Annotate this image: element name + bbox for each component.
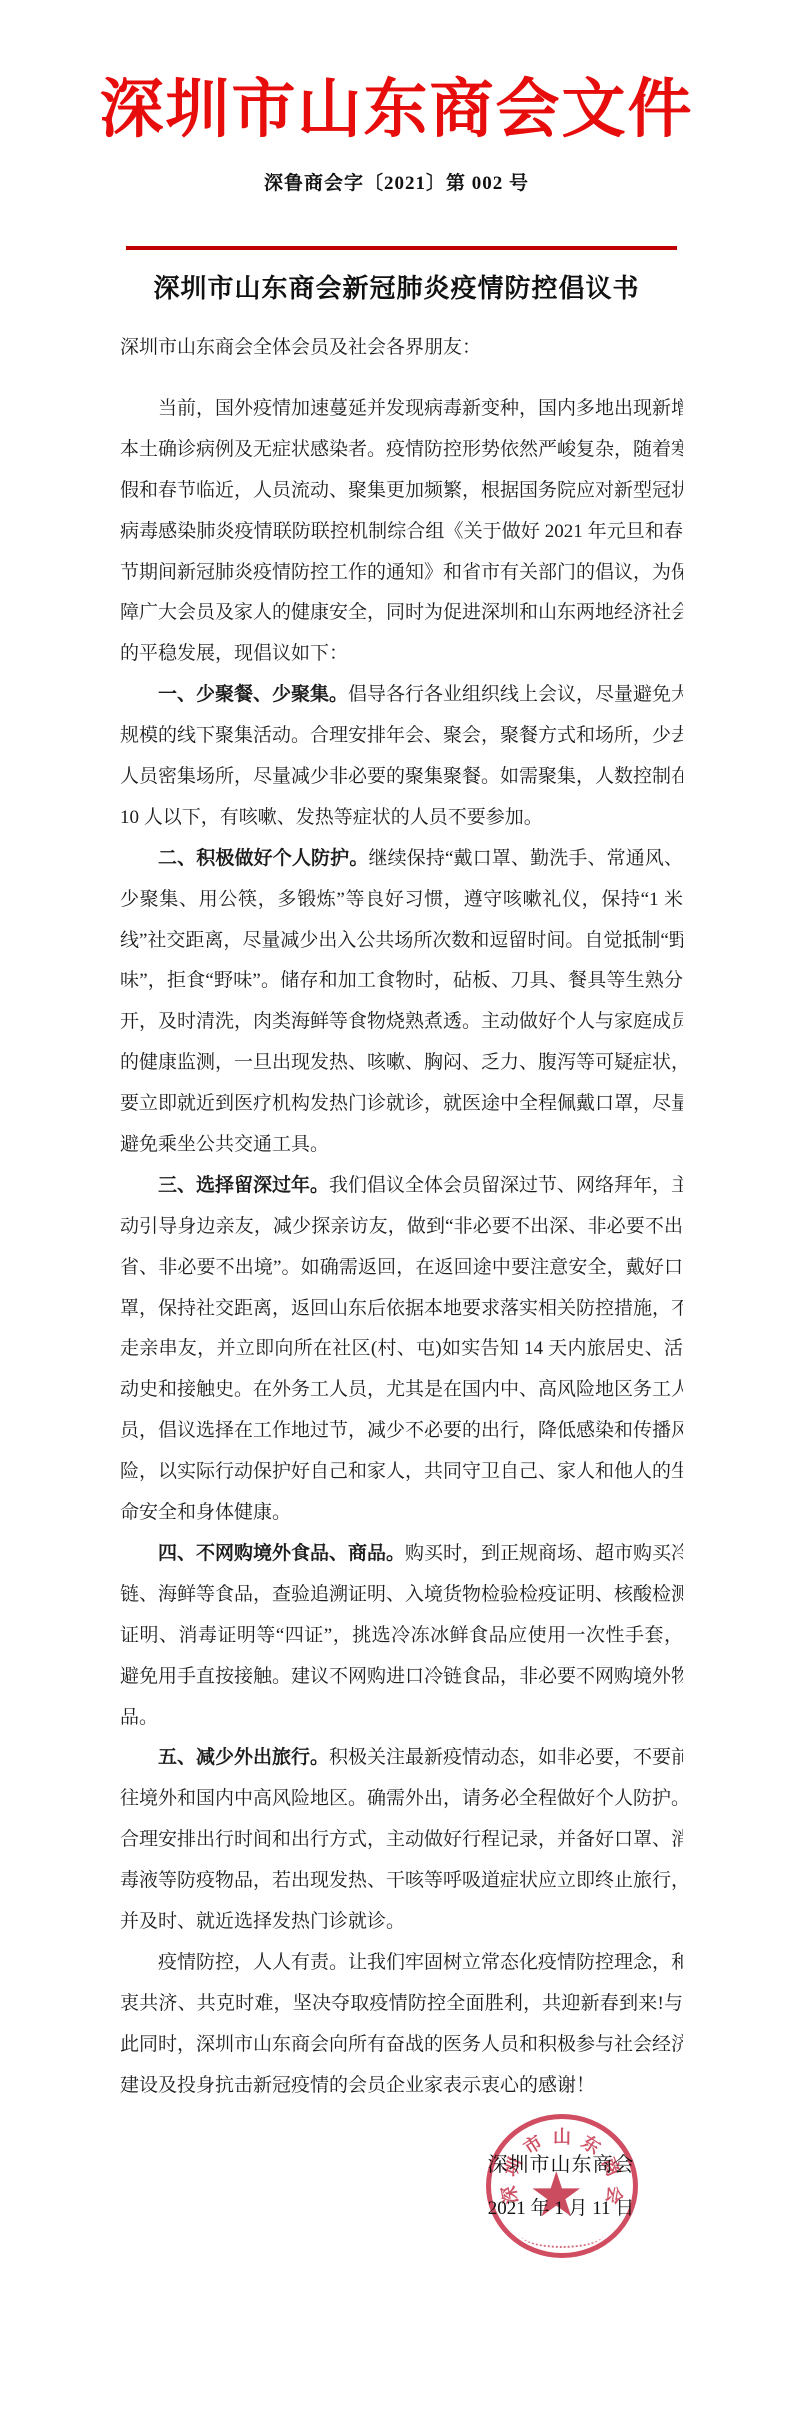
body-line: 规模的线下聚集活动。合理安排年会、聚会，聚餐方式和场所，少去 (120, 716, 683, 757)
body-line: 要立即就近到医疗机构发热门诊就诊，就医途中全程佩戴口罩，尽量 (120, 1084, 683, 1125)
paragraph-lead: 五、减少外出旅行。 (158, 1747, 329, 1768)
paragraph: 四、不网购境外食品、商品。购买时，到正规商场、超市购买冷链、海鲜等食品，查验追溯… (120, 1534, 683, 1738)
body-line: 链、海鲜等食品，查验追溯证明、入境货物检验检疫证明、核酸检测 (120, 1575, 683, 1616)
document-title: 深圳市山东商会新冠肺炎疫情防控倡议书 (0, 272, 793, 306)
signature-name: 深圳市山东商会 (451, 2152, 671, 2178)
paragraph-lead: 二、积极做好个人防护。 (158, 848, 368, 869)
body-line: 二、积极做好个人防护。继续保持“戴口罩、勤洗手、常通风、 (120, 839, 683, 880)
body-line: 此同时，深圳市山东商会向所有奋战的医务人员和积极参与社会经济 (120, 2025, 683, 2066)
seal-micro-arc (521, 2222, 603, 2248)
body-line: 本土确诊病例及无症状感染者。疫情防控形势依然严峻复杂，随着寒 (120, 430, 683, 471)
paragraph-lead: 四、不网购境外食品、商品。 (158, 1543, 405, 1564)
paragraph: 二、积极做好个人防护。继续保持“戴口罩、勤洗手、常通风、少聚集、用公筷，多锻炼”… (120, 839, 683, 1166)
body-line: 员，倡议选择在工作地过节，减少不必要的出行，降低感染和传播风 (120, 1411, 683, 1452)
body-line: 省、非必要不出境”。如确需返回，在返回途中要注意安全，戴好口 (120, 1248, 683, 1289)
body-line: 开，及时清洗，肉类海鲜等食物烧熟煮透。主动做好个人与家庭成员 (120, 1002, 683, 1043)
body-line: 的健康监测，一旦出现发热、咳嗽、胸闷、乏力、腹泻等可疑症状， (120, 1043, 683, 1084)
body-line: 衷共济、共克时难，坚决夺取疫情防控全面胜利，共迎新春到来!与 (120, 1984, 683, 2025)
body-line: 动史和接触史。在外务工人员，尤其是在国内中、高风险地区务工人 (120, 1370, 683, 1411)
body-line: 病毒感染肺炎疫情联防联控机制综合组《关于做好 2021 年元旦和春 (120, 512, 683, 553)
body-line: 证明、消毒证明等“四证”，挑选冷冻冰鲜食品应使用一次性手套， (120, 1616, 683, 1657)
paragraph-lead: 一、少聚餐、少聚集。 (158, 684, 348, 705)
body-line: 走亲串友，并立即向所在社区(村、屯)如实告知 14 天内旅居史、活 (120, 1329, 683, 1370)
paragraph-lead: 三、选择留深过年。 (158, 1175, 329, 1196)
body-line: 避免乘坐公共交通工具。 (120, 1125, 683, 1166)
body-line: 命安全和身体健康。 (120, 1493, 683, 1534)
body-line: 10 人以下，有咳嗽、发热等症状的人员不要参加。 (120, 798, 683, 839)
body-line: 障广大会员及家人的健康安全，同时为促进深圳和山东两地经济社会 (120, 593, 683, 634)
body-line: 险，以实际行动保护好自己和家人，共同守卫自己、家人和他人的生 (120, 1452, 683, 1493)
body-line: 往境外和国内中高风险地区。确需外出，请务必全程做好个人防护。 (120, 1779, 683, 1820)
body-line: 当前，国外疫情加速蔓延并发现病毒新变种，国内多地出现新增 (120, 389, 683, 430)
body-line: 三、选择留深过年。我们倡议全体会员留深过节、网络拜年，主 (120, 1166, 683, 1207)
body-line: 动引导身边亲友，减少探亲访友，做到“非必要不出深、非必要不出 (120, 1207, 683, 1248)
body-line: 罩，保持社交距离，返回山东后依据本地要求落实相关防控措施，不 (120, 1289, 683, 1330)
signature-date: 2021 年 1 月 11 日 (451, 2196, 671, 2222)
body-line: 少聚集、用公筷，多锻炼”等良好习惯，遵守咳嗽礼仪，保持“1 米 (120, 880, 683, 921)
body-line: 五、减少外出旅行。积极关注最新疫情动态，如非必要，不要前 (120, 1738, 683, 1779)
body-line: 节期间新冠肺炎疫情防控工作的通知》和省市有关部门的倡议，为保 (120, 553, 683, 594)
red-rule-divider (126, 246, 677, 250)
seal-arc-char: 山 (551, 2126, 573, 2148)
doc-number: 深鲁商会字〔2021〕第 002 号 (0, 172, 793, 196)
body-line: 人员密集场所，尽量减少非必要的聚集聚餐。如需聚集，人数控制在 (120, 757, 683, 798)
document-page: 深圳市山东商会文件 深鲁商会字〔2021〕第 002 号 深圳市山东商会新冠肺炎… (0, 0, 793, 2436)
body-line: 合理安排出行时间和出行方式，主动做好行程记录，并备好口罩、消 (120, 1820, 683, 1861)
body-line: 避免用手直按接触。建议不网购进口冷链食品，非必要不网购境外物 (120, 1657, 683, 1698)
official-seal: ★ 深圳市山东商会 (486, 2114, 638, 2258)
org-title: 深圳市山东商会文件 (0, 0, 793, 150)
body-line: 品。 (120, 1698, 683, 1739)
body-line: 线”社交距离，尽量减少出入公共场所次数和逗留时间。自觉抵制“野 (120, 921, 683, 962)
paragraph: 三、选择留深过年。我们倡议全体会员留深过节、网络拜年，主动引导身边亲友，减少探亲… (120, 1166, 683, 1534)
body-line: 味”，拒食“野味”。储存和加工食物时，砧板、刀具、餐具等生熟分 (120, 961, 683, 1002)
body-line: 并及时、就近选择发热门诊就诊。 (120, 1902, 683, 1943)
body-line: 四、不网购境外食品、商品。购买时，到正规商场、超市购买冷 (120, 1534, 683, 1575)
body-line: 假和春节临近，人员流动、聚集更加频繁，根据国务院应对新型冠状 (120, 471, 683, 512)
body-line: 疫情防控，人人有责。让我们牢固树立常态化疫情防控理念，和 (120, 1943, 683, 1984)
body-line: 建设及投身抗击新冠疫情的会员企业家表示衷心的感谢！ (120, 2066, 683, 2107)
paragraph: 当前，国外疫情加速蔓延并发现病毒新变种，国内多地出现新增本土确诊病例及无症状感染… (120, 389, 683, 675)
body-line: 的平稳发展，现倡议如下： (120, 634, 683, 675)
paragraph: 五、减少外出旅行。积极关注最新疫情动态，如非必要，不要前往境外和国内中高风险地区… (120, 1738, 683, 1942)
body-line: 毒液等防疫物品，若出现发热、干咳等呼吸道症状应立即终止旅行， (120, 1861, 683, 1902)
paragraph: 一、少聚餐、少聚集。倡导各行各业组织线上会议，尽量避免大规模的线下聚集活动。合理… (120, 675, 683, 839)
paragraph: 疫情防控，人人有责。让我们牢固树立常态化疫情防控理念，和衷共济、共克时难，坚决夺… (120, 1943, 683, 2107)
salutation: 深圳市山东商会全体会员及社会各界朋友： (120, 334, 683, 362)
document-body: 当前，国外疫情加速蔓延并发现病毒新变种，国内多地出现新增本土确诊病例及无症状感染… (120, 389, 683, 2106)
body-line: 一、少聚餐、少聚集。倡导各行各业组织线上会议，尽量避免大 (120, 675, 683, 716)
